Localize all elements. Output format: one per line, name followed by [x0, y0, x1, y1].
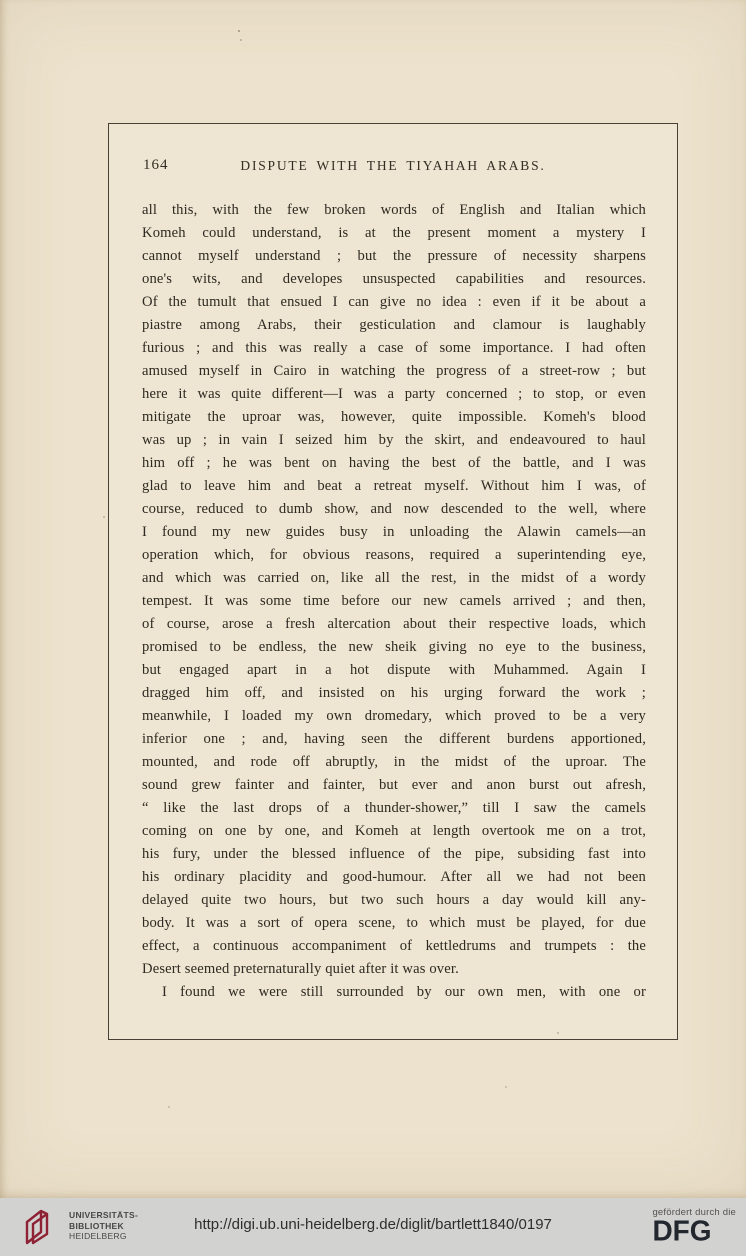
- library-name-line3: HEIDELBERG: [69, 1231, 138, 1242]
- text-line: effect, a continuous accompaniment of ke…: [142, 935, 646, 958]
- text-line: Desert seemed preternaturally quiet afte…: [142, 958, 646, 981]
- text-line: but engaged apart in a hot dispute with …: [142, 659, 646, 682]
- page-header: 164 DISPUTE WITH THE TIYAHAH ARABS.: [109, 157, 677, 177]
- text-line: tempest. It was some time before our new…: [142, 590, 646, 613]
- text-line: promised to be endless, the new sheik gi…: [142, 636, 646, 659]
- text-line: was up ; in vain I seized him by the ski…: [142, 429, 646, 452]
- scan-speckle: [238, 30, 240, 32]
- footer-bar: UNIVERSITÄTS- BIBLIOTHEK HEIDELBERG http…: [0, 1198, 746, 1256]
- text-line: furious ; and this was really a case of …: [142, 337, 646, 360]
- text-line: here it was quite different—I was a part…: [142, 383, 646, 406]
- text-line: cannot myself understand ; but the press…: [142, 245, 646, 268]
- text-line: body. It was a sort of opera scene, to w…: [142, 912, 646, 935]
- library-name-line1: UNIVERSITÄTS-: [69, 1210, 138, 1221]
- text-line: I found my new guides busy in unloading …: [142, 521, 646, 544]
- library-name-line2: BIBLIOTHEK: [69, 1221, 138, 1232]
- text-line: Of the tumult that ensued I can give no …: [142, 291, 646, 314]
- dfg-logo: DFG: [652, 1218, 736, 1245]
- text-line: I found we were still surrounded by our …: [142, 981, 646, 1004]
- text-line: one's wits, and developes unsuspected ca…: [142, 268, 646, 291]
- text-line: dragged him off, and insisted on his urg…: [142, 682, 646, 705]
- text-line: mitigate the uproar was, however, quite …: [142, 406, 646, 429]
- text-line: operation which, for obvious reasons, re…: [142, 544, 646, 567]
- text-line: sound grew fainter and fainter, but ever…: [142, 774, 646, 797]
- text-line: meanwhile, I loaded my own dromedary, wh…: [142, 705, 646, 728]
- scan-speckle: [557, 1032, 559, 1034]
- scan-speckle: [168, 1106, 170, 1108]
- page-frame: 164 DISPUTE WITH THE TIYAHAH ARABS. all …: [108, 123, 678, 1040]
- text-line: him off ; he was bent on having the best…: [142, 452, 646, 475]
- dfg-credit: gefördert durch die DFG: [652, 1207, 736, 1244]
- text-line: his ordinary placidity and good-humour. …: [142, 866, 646, 889]
- text-line: coming on one by one, and Komeh at lengt…: [142, 820, 646, 843]
- text-line: mounted, and rode off abruptly, in the m…: [142, 751, 646, 774]
- text-line: all this, with the few broken words of E…: [142, 199, 646, 222]
- text-line: inferior one ; and, having seen the diff…: [142, 728, 646, 751]
- text-line: “ like the last drops of a thunder-showe…: [142, 797, 646, 820]
- scan-page: 164 DISPUTE WITH THE TIYAHAH ARABS. all …: [0, 0, 746, 1198]
- scan-speckle: [505, 1086, 507, 1088]
- text-line: glad to leave him and beat a retreat mys…: [142, 475, 646, 498]
- text-line: course, reduced to dumb show, and now de…: [142, 498, 646, 521]
- running-title: DISPUTE WITH THE TIYAHAH ARABS.: [109, 158, 677, 174]
- library-name: UNIVERSITÄTS- BIBLIOTHEK HEIDELBERG: [69, 1210, 138, 1242]
- text-line: piastre among Arabs, their gesticulation…: [142, 314, 646, 337]
- open-book-icon: [20, 1205, 60, 1247]
- ub-heidelberg-logo: UNIVERSITÄTS- BIBLIOTHEK HEIDELBERG: [20, 1205, 138, 1247]
- text-line: and which was carried on, like all the r…: [142, 567, 646, 590]
- text-line: of course, arose a fresh altercation abo…: [142, 613, 646, 636]
- text-line: amused myself in Cairo in watching the p…: [142, 360, 646, 383]
- body-text: all this, with the few broken words of E…: [142, 199, 646, 1004]
- scan-speckle: [103, 516, 105, 518]
- scan-speckle: [240, 39, 242, 41]
- text-line: Komeh could understand, is at the presen…: [142, 222, 646, 245]
- text-line: delayed quite two hours, but two such ho…: [142, 889, 646, 912]
- source-url: http://digi.ub.uni-heidelberg.de/diglit/…: [194, 1216, 552, 1233]
- text-line: his fury, under the blessed influence of…: [142, 843, 646, 866]
